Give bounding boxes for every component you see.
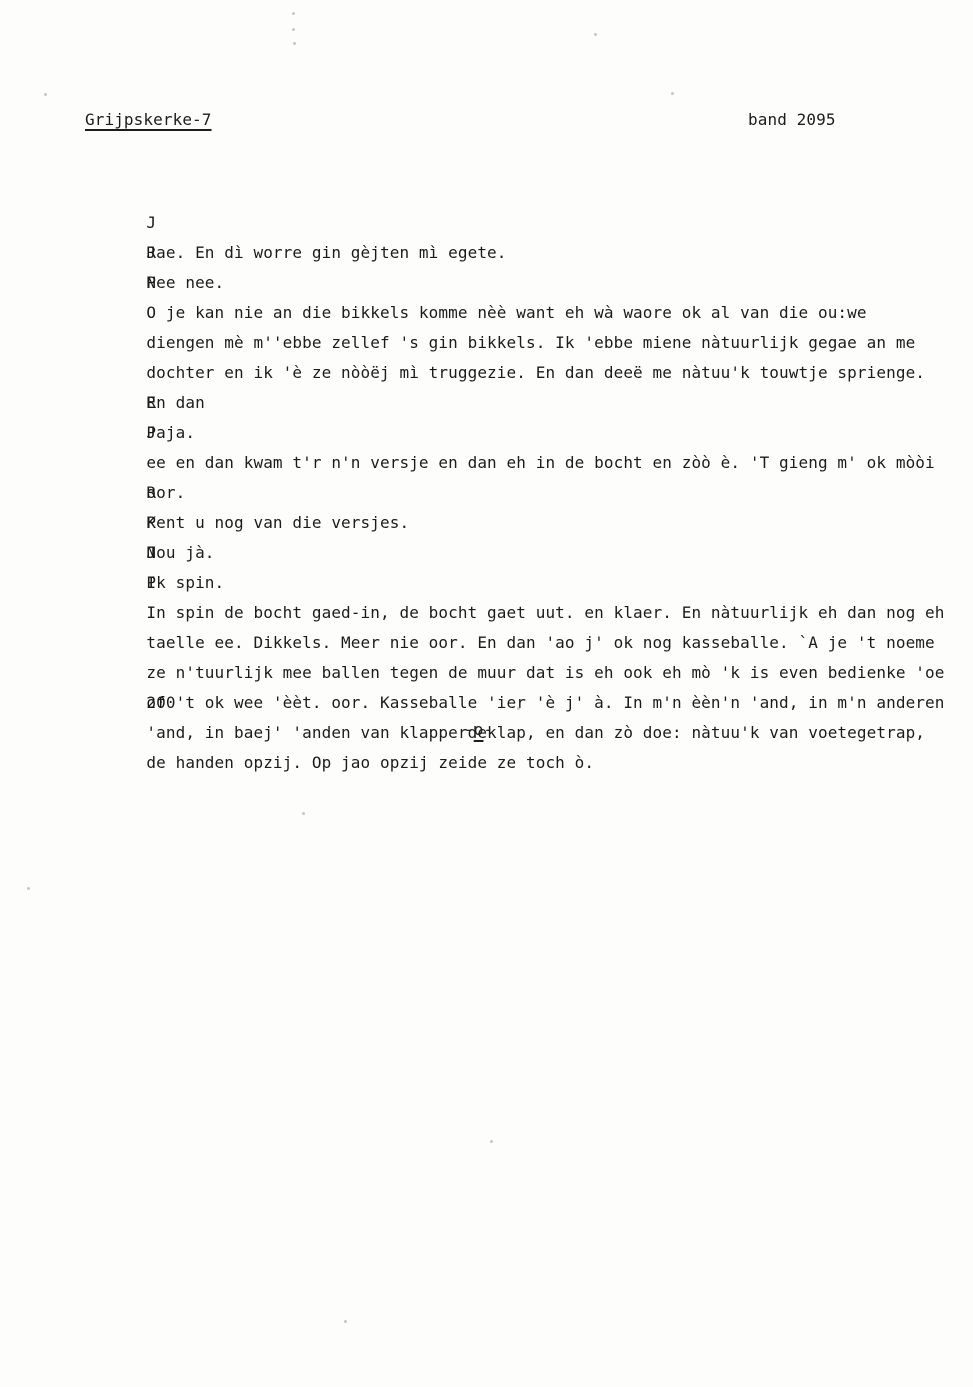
- line-text: ze n'tuurlijk mee ballen tegen de muur d…: [146, 663, 944, 682]
- line-text: dochter en ik 'è ze nòòëj mì truggezie. …: [146, 363, 925, 382]
- transcript-line: J Jae. En dì worre gin gèjten mì egete.: [88, 148, 968, 178]
- margin-line-number: 200: [146, 688, 183, 718]
- scan-artifact: [44, 93, 47, 96]
- line-text: ee en dan kwam t'r n'n versje en dan eh …: [146, 453, 934, 472]
- transcript: J Jae. En dì worre gin gèjten mì egete. …: [88, 148, 968, 688]
- divider-dash-left: -: [464, 720, 474, 739]
- page-title: Grijpskerke-7: [85, 110, 212, 129]
- transcript-line: R Nee nee.: [88, 178, 968, 208]
- scan-artifact: [292, 12, 295, 15]
- line-text: 'and, in baej' 'anden van klapperdeklap,…: [146, 723, 925, 742]
- scan-artifact: [293, 42, 296, 45]
- section-divider: -o-: [464, 715, 493, 745]
- document-page: Grijpskerke-7 band 2095 J Jae. En dì wor…: [0, 0, 973, 1387]
- scan-artifact: [344, 1320, 347, 1323]
- transcript-line: taelle ee. Dikkels. Meer nie oor. En dan…: [88, 538, 968, 568]
- divider-o: o: [474, 720, 484, 739]
- scan-artifact: [594, 33, 597, 36]
- transcript-line: oor.: [88, 388, 968, 418]
- divider-dash-right: -: [483, 720, 493, 739]
- transcript-line: P O je kan nie an die bikkels komme nèè …: [88, 208, 968, 238]
- line-text: diengen mè m''ebbe zellef 's gin bikkels…: [146, 333, 915, 352]
- line-text: de handen opzij. Op jao opzij zeide ze t…: [146, 753, 594, 772]
- band-number: band 2095: [748, 110, 836, 129]
- line-text: Kent u nog van die versjes.: [146, 513, 409, 532]
- line-text: Jae. En dì worre gin gèjten mì egete.: [146, 243, 506, 262]
- scan-artifact: [671, 92, 674, 95]
- scan-artifact: [517, 707, 520, 710]
- scan-artifact: [292, 28, 295, 31]
- line-text: In spin de bocht gaed-in, de bocht gaet …: [146, 603, 944, 622]
- line-text: taelle ee. Dikkels. Meer nie oor. En dan…: [146, 633, 934, 652]
- scan-artifact: [27, 887, 30, 890]
- line-text: of 't ok wee 'èèt. oor. Kasseballe 'ier …: [146, 693, 944, 712]
- line-text: O je kan nie an die bikkels komme nèè wa…: [146, 303, 866, 322]
- scan-artifact: [490, 1140, 493, 1143]
- transcript-line: J Ik spin.: [88, 478, 968, 508]
- transcript-line: R Kent u nog van die versjes.: [88, 418, 968, 448]
- scan-artifact: [302, 812, 305, 815]
